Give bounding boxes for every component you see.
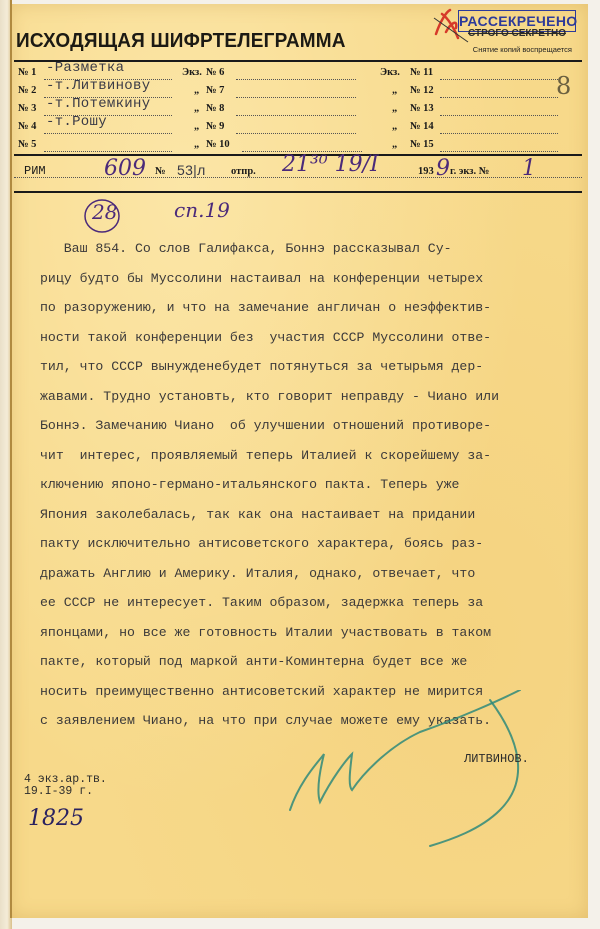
copy-dotted-line (236, 96, 356, 98)
distribution-dotted-line (44, 132, 172, 134)
body-line: пакту исключительно антисоветского харак… (40, 529, 585, 559)
distribution-slot-label: № 4 (18, 121, 36, 135)
copy-prefix: „ (392, 103, 397, 117)
copy-dotted-line (440, 150, 558, 152)
body-line: Боннэ. Замечанию Чиано об улучшении отно… (40, 411, 585, 441)
body-line: дражать Англию и Америку. Италия, однако… (40, 559, 585, 589)
footer-date: 19.I-39 г. (24, 785, 93, 798)
body-line: чит интерес, проявляемый теперь Италией … (40, 441, 585, 471)
distribution-slot-label: № 1 (18, 67, 36, 81)
copy-slot-label: № 12 (410, 85, 434, 99)
copy-prefix: „ (392, 139, 397, 153)
copies-note: 4 экз.ар.тв. 19.I-39 г. (24, 774, 107, 798)
telegram-body: Ваш 854. Со слов Галифакса, Боннэ расска… (40, 234, 585, 736)
secrecy-level-struck: СТРОГО СЕКРЕТНО (462, 28, 572, 39)
copy-prohibited-note: Снятие копий воспрещается (432, 45, 572, 54)
copy-prefix: Экз. (182, 67, 202, 81)
body-line: ее СССР не интересует. Таким образом, за… (40, 588, 585, 618)
body-line: ключению японо-германо-итальянского пакт… (40, 470, 585, 500)
dispatch-rule (14, 191, 582, 193)
body-line: жавами. Трудно установть, кто говорит не… (40, 382, 585, 412)
copy-slot-label: № 7 (206, 85, 224, 99)
distribution-recipient: -Разметка (46, 60, 124, 76)
copy-prefix: „ (194, 103, 199, 117)
copy-slot-label: № 10 (206, 139, 230, 153)
distribution-recipient: -т.Литвинову (46, 78, 150, 94)
distribution-recipient: -т.Потемкину (46, 96, 150, 112)
copy-prefix: „ (194, 121, 199, 135)
copy-slot-label: № 13 (410, 103, 434, 117)
copy-slot-label: № 9 (206, 121, 224, 135)
distribution-slot-label: № 3 (18, 103, 36, 117)
copy-dotted-line (440, 96, 558, 98)
copy-dotted-line (440, 114, 558, 116)
copy-dotted-line (236, 132, 356, 134)
body-line: Япония заколебалась, так как она настаив… (40, 500, 585, 530)
copy-prefix: „ (194, 85, 199, 99)
copy-slot-label: № 6 (206, 67, 224, 81)
handwritten-pencil-mark: 8 (556, 72, 571, 100)
distribution-recipient: -т.Рошу (46, 114, 107, 130)
sent-time: 21³⁰ 19/I (282, 152, 379, 177)
body-line: ности такой конференции без участия СССР… (40, 323, 585, 353)
distribution-slot-label: № 5 (18, 139, 36, 153)
copy-prefix: „ (194, 139, 199, 153)
body-line: японцами, но все же готовность Италии уч… (40, 618, 585, 648)
copy-prefix: Экз. (380, 67, 400, 81)
body-line: по разоружению, и что на замечание англи… (40, 293, 585, 323)
distribution-slot-label: № 2 (18, 85, 36, 99)
body-line: рицу будто бы Муссолини настаивал на кон… (40, 264, 585, 294)
document-title: ИСХОДЯЩАЯ ШИФРТЕЛЕГРАММА (16, 30, 346, 53)
body-line: пакте, который под маркой анти-Коминтерн… (40, 647, 585, 677)
handwritten-signature-icon (280, 690, 540, 850)
copy-prefix: „ (392, 85, 397, 99)
copy-slot-label: № 14 (410, 121, 434, 135)
dispatch-dotted-line (14, 176, 582, 178)
body-line: тил, что СССР вынужденебудет потянуться … (40, 352, 585, 382)
circled-annotation: 28 (92, 200, 117, 224)
copy-prefix: „ (392, 121, 397, 135)
copy-dotted-line (440, 78, 558, 80)
handwritten-registry-number: 1825 (28, 806, 84, 831)
copy-dotted-line (440, 132, 558, 134)
copy-slot-label: № 15 (410, 139, 434, 153)
copy-dotted-line (236, 114, 356, 116)
copy-dotted-line (236, 78, 356, 80)
copy-slot-label: № 8 (206, 103, 224, 117)
distribution-dotted-line (44, 150, 172, 152)
sheet-annotation: сп.19 (174, 198, 230, 222)
body-line: Ваш 854. Со слов Галифакса, Боннэ расска… (40, 234, 585, 264)
copy-slot-label: № 11 (410, 67, 433, 81)
binding-line (10, 0, 12, 918)
signatory-name: ЛИТВИНОВ. (464, 752, 529, 766)
